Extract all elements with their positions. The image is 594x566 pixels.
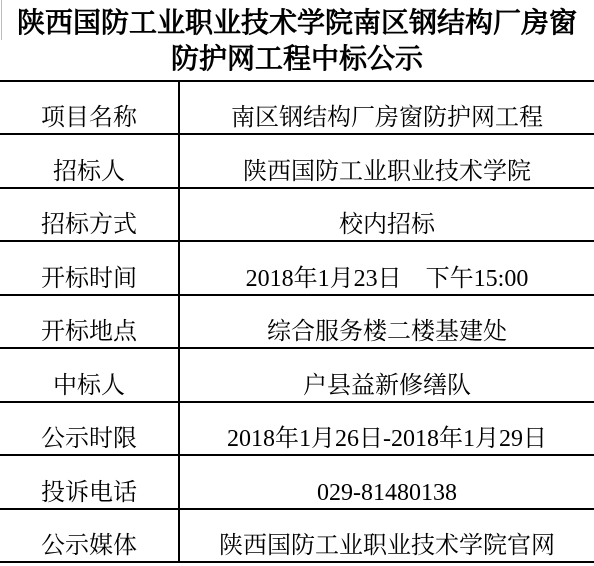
row-label: 公示媒体 (0, 510, 180, 561)
row-value: 2018年1月23日 下午15:00 (180, 242, 594, 293)
table-row-project-name: 项目名称 南区钢结构厂房窗防护网工程 (0, 82, 594, 135)
row-label: 开标地点 (0, 296, 180, 347)
row-value: 2018年1月26日-2018年1月29日 (180, 403, 594, 454)
table-row-winning-bidder: 中标人 户县益新修缮队 (0, 349, 594, 402)
table-row-bid-opening-time: 开标时间 2018年1月23日 下午15:00 (0, 242, 594, 295)
table-row-tender-method: 招标方式 校内招标 (0, 189, 594, 242)
row-value: 综合服务楼二楼基建处 (180, 296, 594, 347)
row-value: 校内招标 (180, 189, 594, 240)
table-row-tenderer: 招标人 陕西国防工业职业技术学院 (0, 135, 594, 188)
row-label: 招标方式 (0, 189, 180, 240)
spreadsheet-gridline-artifact (1, 0, 2, 40)
document-title-line2: 防护网工程中标公示 (0, 42, 594, 78)
row-label: 开标时间 (0, 242, 180, 293)
notice-table: 项目名称 南区钢结构厂房窗防护网工程 招标人 陕西国防工业职业技术学院 招标方式… (0, 80, 594, 563)
table-row-publicity-period: 公示时限 2018年1月26日-2018年1月29日 (0, 403, 594, 456)
row-label: 招标人 (0, 135, 180, 186)
row-label: 项目名称 (0, 82, 180, 133)
document-title-line1: 陕西国防工业职业技术学院南区钢结构厂房窗 (0, 6, 594, 42)
row-label: 公示时限 (0, 403, 180, 454)
row-value: 029-81480138 (180, 456, 594, 507)
row-value: 南区钢结构厂房窗防护网工程 (180, 82, 594, 133)
row-value: 陕西国防工业职业技术学院官网 (180, 510, 594, 561)
row-value: 陕西国防工业职业技术学院 (180, 135, 594, 186)
row-value: 户县益新修缮队 (180, 349, 594, 400)
notice-document: 陕西国防工业职业技术学院南区钢结构厂房窗 防护网工程中标公示 项目名称 南区钢结… (0, 0, 594, 566)
row-label: 投诉电话 (0, 456, 180, 507)
table-row-bid-opening-place: 开标地点 综合服务楼二楼基建处 (0, 296, 594, 349)
row-label: 中标人 (0, 349, 180, 400)
table-row-publicity-media: 公示媒体 陕西国防工业职业技术学院官网 (0, 510, 594, 563)
table-row-complaint-phone: 投诉电话 029-81480138 (0, 456, 594, 509)
document-title: 陕西国防工业职业技术学院南区钢结构厂房窗 防护网工程中标公示 (0, 0, 594, 80)
